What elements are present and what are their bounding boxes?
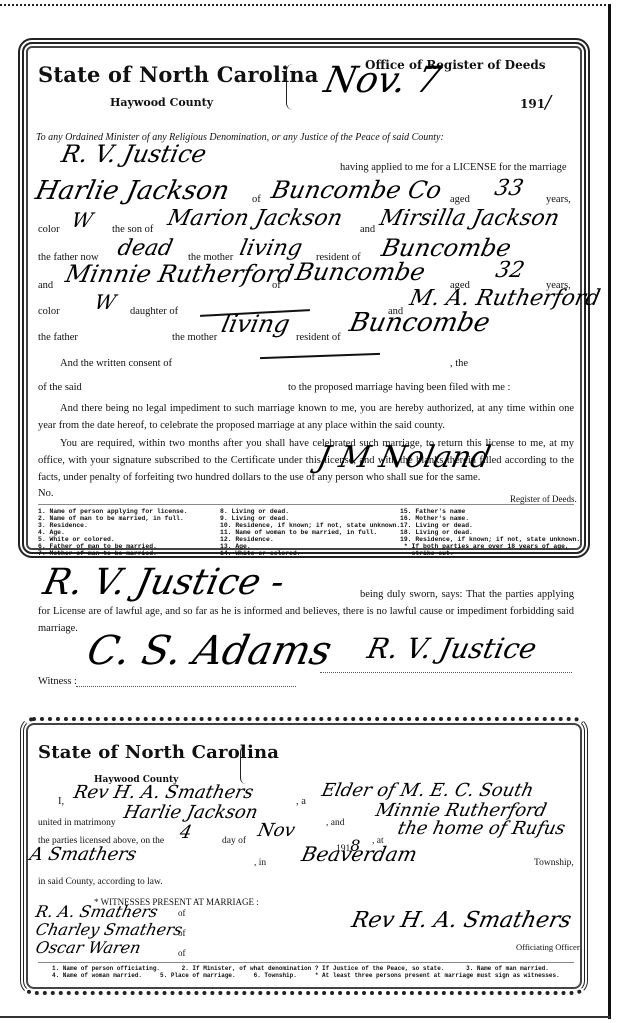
officer-signature: Rev H. A. Smathers (349, 908, 573, 933)
bride-color-label: color (38, 306, 60, 317)
bride-mother-status: living (219, 310, 292, 338)
county-law: in said County, according to law. (38, 877, 163, 887)
officiant-name: Rev H. A. Smathers (72, 782, 256, 803)
license-footnotes-col1: 1. Name of person applying for license. … (38, 508, 188, 557)
witness-3-of: of (178, 948, 186, 958)
register-title: Register of Deeds. (510, 494, 577, 504)
groom-father: Marion Jackson (165, 206, 344, 231)
son-of-label: the son of (112, 224, 153, 235)
groom-mother: Mirsilla Jackson (377, 206, 561, 231)
consent-the: , the (450, 358, 468, 369)
father-label: the father (38, 332, 78, 343)
bride-of-label: of (272, 280, 281, 291)
bride-residence: Buncombe (293, 258, 428, 286)
groom-of-label: of (252, 194, 261, 205)
certificate-footnote-1: 1. Name of person officiating. 2. If Min… (52, 965, 549, 972)
year-suffix: / (545, 92, 551, 113)
affiant-signature-line (320, 672, 572, 673)
township-name: Beaverdam (299, 842, 419, 866)
witness-line (76, 686, 296, 687)
consent-text: And the written consent of (60, 358, 172, 369)
groom-mother-status: living (237, 236, 304, 261)
color-label: color (38, 224, 60, 235)
groom-residence: Buncombe Co (269, 176, 444, 204)
certificate-and-label: , and (326, 818, 344, 828)
witness-label: Witness : (38, 676, 77, 687)
affiant-signature-2: R. V. Justice (364, 632, 539, 665)
marriage-place-2: A Smathers (28, 844, 139, 865)
number-label: No. (38, 488, 53, 499)
year-printed: 191 (520, 97, 545, 111)
aged-label: aged (450, 194, 470, 205)
footnote-rule (38, 504, 574, 505)
township-label: Township, (534, 858, 574, 868)
authorization-paragraph: And there being no legal impediment to s… (38, 400, 574, 434)
a-label: , a (296, 796, 306, 807)
page-right-edge (608, 4, 611, 1019)
register-signature: J M Noland (314, 440, 494, 475)
certificate-footnote-2: 4. Name of woman married. 5. Place of ma… (52, 972, 560, 979)
applying-text: having applied to me for a LICENSE for t… (340, 162, 567, 173)
witness-2-of: of (178, 928, 186, 938)
marriage-place-1: the home of Rufus (396, 818, 567, 839)
denomination: Elder of M. E. C. South (320, 780, 536, 801)
and-label: and (360, 224, 375, 235)
groom-age: 33 (492, 176, 525, 201)
page-top-edge (0, 4, 610, 6)
years-label: years, (546, 194, 571, 205)
certificate-brace (240, 746, 247, 784)
day-of-label: day of (222, 836, 246, 846)
witness-signature: C. S. Adams (83, 628, 336, 674)
witness-1-of: of (178, 908, 186, 918)
witness-2-name: Charley Smathers (34, 920, 184, 939)
license-state-title: State of North Carolina (38, 62, 319, 87)
brace-divider (286, 64, 293, 110)
united-label: united in matrimony (38, 818, 116, 828)
in-label: , in (254, 858, 266, 868)
bride-name: Minnie Rutherford (63, 260, 296, 288)
license-footnotes-col2: 8. Living or dead. 9. Living or dead. 10… (220, 508, 400, 557)
groom-name: Harlie Jackson (33, 176, 232, 206)
witness-1-name: R. A. Smathers (34, 902, 160, 921)
man-married: Harlie Jackson (122, 802, 260, 823)
license-county: Haywood County (110, 96, 213, 109)
bride-and-label: and (38, 280, 53, 291)
marriage-month: Nov (256, 820, 297, 841)
officer-title: Officiating Officer (516, 942, 580, 952)
consent-tail: to the proposed marriage having been fil… (288, 382, 510, 393)
witness-3-name: Oscar Waren (34, 938, 143, 957)
applicant-name: R. V. Justice (59, 140, 209, 168)
license-footnotes-col3: 15. Father's name 16. Mother's name. 17.… (400, 508, 580, 557)
bride-age: 32 (493, 258, 526, 283)
page-bottom-edge (0, 1016, 610, 1018)
daughter-of-label: daughter of (130, 306, 178, 317)
i-label: I, (58, 796, 64, 807)
bride-parents-residence: Buncombe (347, 308, 493, 338)
date-handwritten: Nov. 7 (321, 60, 445, 101)
return-requirement-paragraph: You are required, within two months afte… (38, 435, 574, 486)
groom-father-status: dead (115, 236, 175, 261)
certificate-footnote-rule (38, 962, 574, 963)
license-year: 191/ (520, 92, 551, 113)
bride-resident-of-label: resident of (296, 332, 341, 343)
of-the-said: of the said (38, 382, 82, 393)
bride-the-mother-label: the mother (172, 332, 217, 343)
